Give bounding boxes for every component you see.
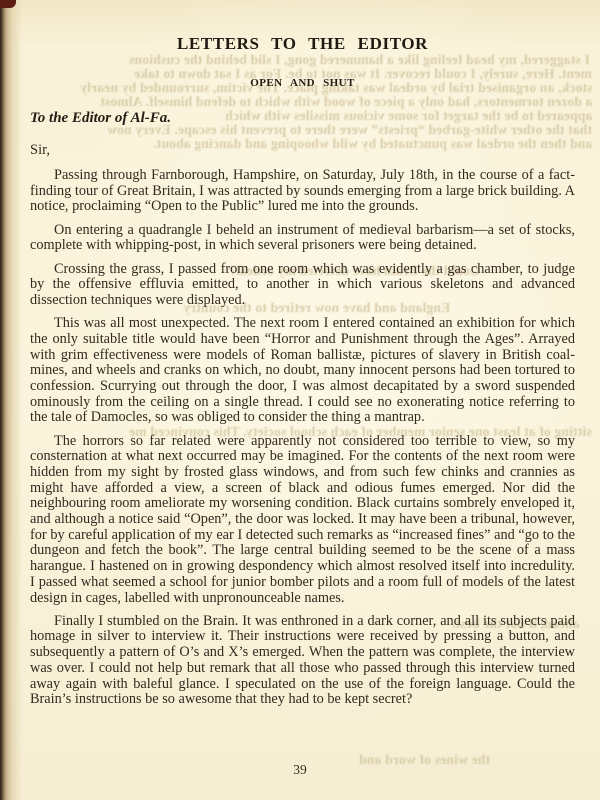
- letter-paragraph: This was all most unexpected. The next r…: [30, 316, 575, 426]
- letter-paragraph: Passing through Farnborough, Hampshire, …: [30, 168, 575, 215]
- letter-content: LETTERS TO THE EDITOR OPEN AND SHUT To t…: [0, 34, 600, 708]
- page-title: LETTERS TO THE EDITOR: [30, 34, 575, 54]
- letter-subtitle: OPEN AND SHUT: [30, 77, 575, 89]
- greeting-line: Sir,: [30, 142, 575, 159]
- salutation-line: To the Editor of Al-Fa.: [30, 110, 575, 127]
- letter-paragraph: On entering a quadrangle I beheld an ins…: [30, 223, 575, 254]
- scan-corner-mark: [0, 0, 16, 8]
- letter-paragraph: The horrors so far related were apparent…: [30, 434, 575, 607]
- letter-paragraph: Crossing the grass, I passed from one ro…: [30, 262, 575, 309]
- page-number: 39: [0, 762, 600, 778]
- letter-paragraph: Finally I stumbled on the Brain. It was …: [30, 614, 575, 708]
- scanned-letter-page: I staggered, my head feeling like a hamm…: [0, 0, 600, 800]
